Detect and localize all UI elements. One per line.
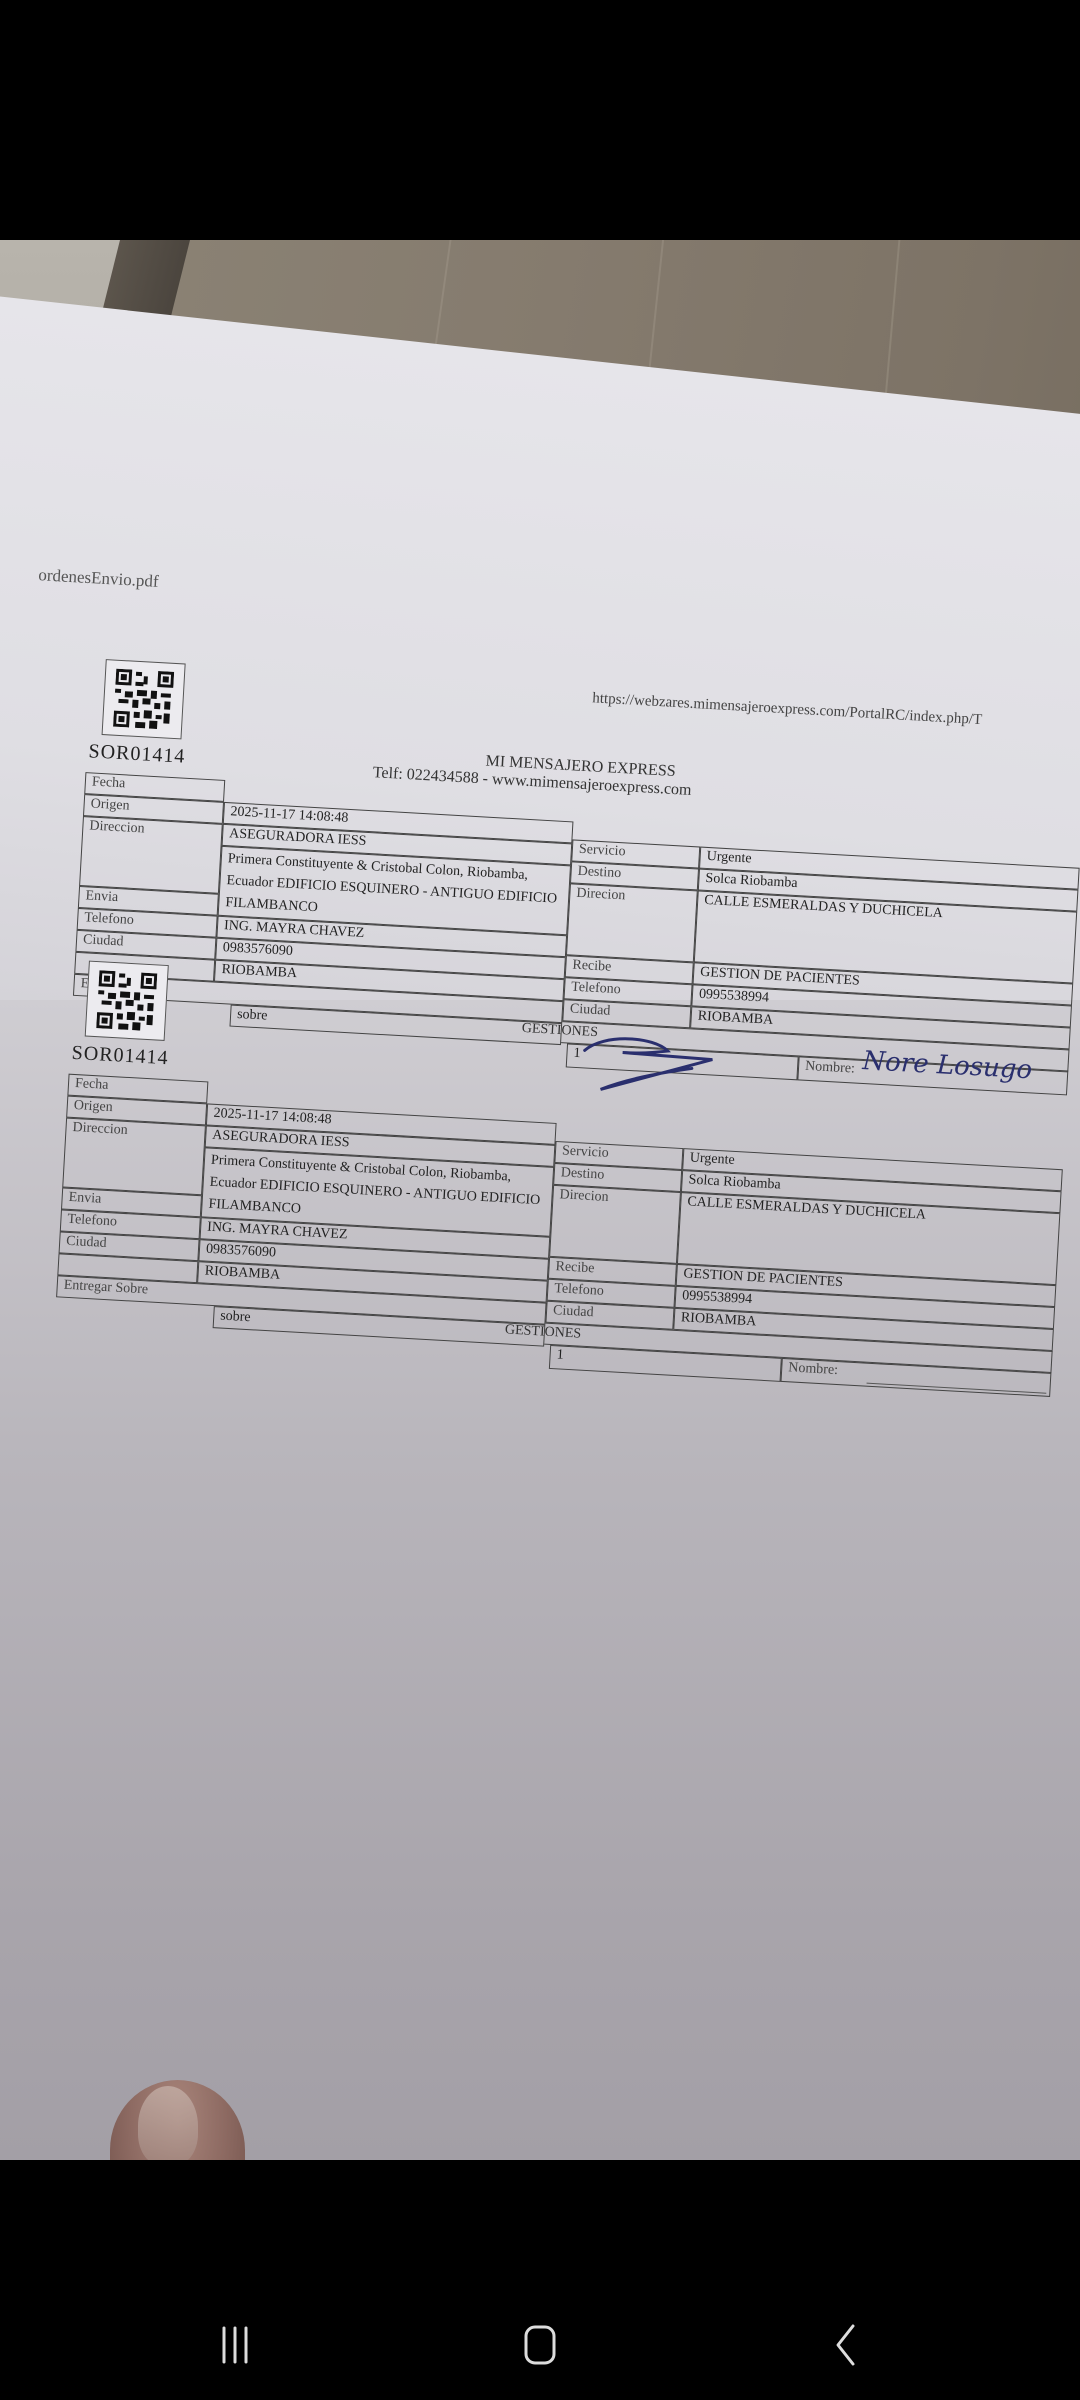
nombre-label: Nombre: (788, 1360, 839, 1378)
recent-apps-button[interactable] (190, 2300, 280, 2390)
home-button[interactable] (495, 2300, 585, 2390)
qr-code-icon (96, 970, 157, 1031)
label-direccion: Direccion (62, 1118, 206, 1196)
shipping-order-document: ordenesEnvio.pdf https://webzares.mimens… (0, 545, 1080, 1607)
shipping-order-form: SOR01414FechaOrigenDireccionEnviaTelefon… (0, 847, 1080, 1210)
qr-code (85, 961, 169, 1041)
back-button[interactable] (800, 2300, 890, 2390)
back-icon (820, 2320, 870, 2370)
order-code: SOR01414 (88, 740, 186, 768)
qr-code (102, 659, 186, 739)
order-code: SOR01414 (71, 1042, 169, 1070)
fingernail (138, 2086, 198, 2166)
recent-apps-icon (210, 2320, 260, 2370)
right-label-direccion: Direcion (549, 1185, 681, 1264)
top-black-bar (0, 0, 1080, 240)
home-icon (515, 2320, 565, 2370)
shipping-order-form: SOR01414FechaOrigenDireccionEnviaTelefon… (0, 545, 1080, 908)
qr-code-icon (113, 669, 174, 730)
